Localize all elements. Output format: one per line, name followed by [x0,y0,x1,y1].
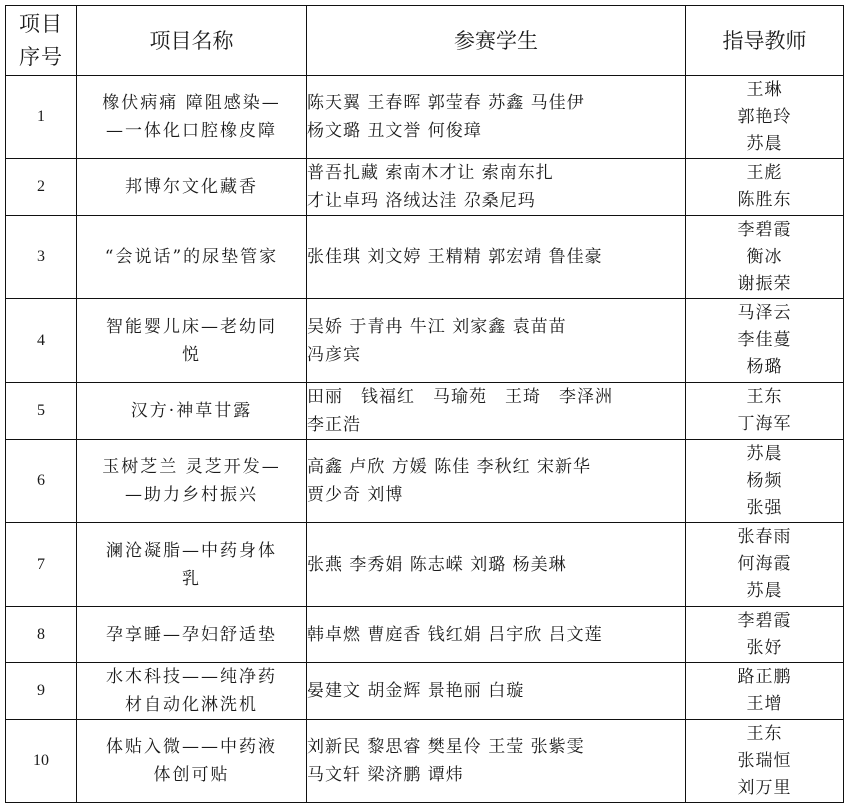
header-index-line-1: 项目 [6,8,76,41]
project-name-line: 悦 [77,341,306,369]
student-line: 冯彦宾 [307,341,685,369]
project-name-line: 水木科技——纯净药 [77,663,306,691]
student-list: 刘新民 黎思睿 樊星伶 王莹 张紫雯马文轩 梁济鹏 谭炜 [307,720,686,803]
advisor-name: 王琳 [686,77,843,104]
advisor-name: 王东 [686,384,843,411]
table-row: 2邦博尔文化藏香普吾扎藏 索南木才让 索南东扎才让卓玛 洛绒达洼 尕桑尼玛王彪陈… [6,159,844,216]
advisor-list: 李碧霞衡冰谢振荣 [686,216,844,299]
header-students: 参赛学生 [307,6,686,76]
table-row: 6玉树芝兰 灵芝开发——助力乡村振兴高鑫 卢欣 方媛 陈佳 李秋红 宋新华贾少奇… [6,440,844,523]
student-line: 张佳琪 刘文婷 王精精 郭宏靖 鲁佳豪 [307,243,685,271]
project-index: 2 [6,159,77,216]
project-index: 10 [6,720,77,803]
header-row: 项目 序号 项目名称 参赛学生 指导教师 [6,6,844,76]
advisor-name: 张春雨 [686,524,843,551]
project-name-line: “会说话”的尿垫管家 [77,243,306,271]
header-project-name: 项目名称 [77,6,307,76]
table-row: 10体贴入微——中药液体创可贴刘新民 黎思睿 樊星伶 王莹 张紫雯马文轩 梁济鹏… [6,720,844,803]
project-name: 橡伏病痛 障阻感染——一体化口腔橡皮障 [77,76,307,159]
project-name-line: 邦博尔文化藏香 [77,173,306,201]
advisor-name: 丁海军 [686,411,843,438]
advisor-name: 杨璐 [686,354,843,381]
student-line: 普吾扎藏 索南木才让 索南东扎 [307,159,685,187]
advisor-name: 郭艳玲 [686,104,843,131]
advisor-name: 衡冰 [686,244,843,271]
advisor-name: 李碧霞 [686,608,843,635]
table-row: 5汉方·神草甘露田丽 钱福红 马瑜苑 王琦 李泽洲李正浩王东丁海军 [6,383,844,440]
table-row: 8孕享睡—孕妇舒适垫韩卓燃 曹庭香 钱红娟 吕宇欣 吕文莲李碧霞张妤 [6,607,844,663]
project-name: 汉方·神草甘露 [77,383,307,440]
header-index: 项目 序号 [6,6,77,76]
project-name-line: 乳 [77,565,306,593]
project-name: 孕享睡—孕妇舒适垫 [77,607,307,663]
student-line: 吴娇 于青冉 牛江 刘家鑫 袁苗苗 [307,313,685,341]
student-line: 陈天翼 王春晖 郭莹春 苏鑫 马佳伊 [307,89,685,117]
project-name-line: 智能婴儿床—老幼同 [77,313,306,341]
project-index: 7 [6,523,77,607]
advisor-name: 苏晨 [686,578,843,605]
project-name-line: 澜沧凝脂—中药身体 [77,537,306,565]
student-list: 张燕 李秀娟 陈志嵘 刘璐 杨美琳 [307,523,686,607]
advisor-name: 张妤 [686,635,843,662]
student-list: 普吾扎藏 索南木才让 索南东扎才让卓玛 洛绒达洼 尕桑尼玛 [307,159,686,216]
advisor-name: 谢振荣 [686,271,843,298]
student-line: 高鑫 卢欣 方媛 陈佳 李秋红 宋新华 [307,453,685,481]
advisor-list: 王东张瑞恒刘万里 [686,720,844,803]
advisor-name: 刘万里 [686,775,843,802]
advisor-name: 陈胜东 [686,187,843,214]
advisor-name: 李碧霞 [686,217,843,244]
student-line: 李正浩 [307,411,685,439]
project-index: 8 [6,607,77,663]
advisor-name: 张强 [686,495,843,522]
student-line: 韩卓燃 曹庭香 钱红娟 吕宇欣 吕文莲 [307,621,685,649]
advisor-name: 马泽云 [686,300,843,327]
advisor-name: 苏晨 [686,441,843,468]
project-name-line: —一体化口腔橡皮障 [77,117,306,145]
project-table: 项目 序号 项目名称 参赛学生 指导教师 1橡伏病痛 障阻感染——一体化口腔橡皮… [5,5,844,803]
advisor-name: 何海霞 [686,551,843,578]
project-name-line: 玉树芝兰 灵芝开发— [77,453,306,481]
student-list: 韩卓燃 曹庭香 钱红娟 吕宇欣 吕文莲 [307,607,686,663]
advisor-list: 路正鹏王增 [686,663,844,720]
project-name: 体贴入微——中药液体创可贴 [77,720,307,803]
student-line: 马文轩 梁济鹏 谭炜 [307,761,685,789]
project-name: 邦博尔文化藏香 [77,159,307,216]
project-index: 9 [6,663,77,720]
advisor-list: 李碧霞张妤 [686,607,844,663]
header-index-line-2: 序号 [6,41,76,74]
advisor-name: 王东 [686,721,843,748]
student-list: 田丽 钱福红 马瑜苑 王琦 李泽洲李正浩 [307,383,686,440]
project-name-line: 体创可贴 [77,761,306,789]
project-name: 澜沧凝脂—中药身体乳 [77,523,307,607]
advisor-list: 王琳郭艳玲苏晨 [686,76,844,159]
project-name-line: 橡伏病痛 障阻感染— [77,89,306,117]
student-line: 田丽 钱福红 马瑜苑 王琦 李泽洲 [307,383,685,411]
student-line: 贾少奇 刘博 [307,481,685,509]
header-advisors: 指导教师 [686,6,844,76]
advisor-list: 王彪陈胜东 [686,159,844,216]
student-list: 高鑫 卢欣 方媛 陈佳 李秋红 宋新华贾少奇 刘博 [307,440,686,523]
project-index: 3 [6,216,77,299]
table-row: 7澜沧凝脂—中药身体乳张燕 李秀娟 陈志嵘 刘璐 杨美琳张春雨何海霞苏晨 [6,523,844,607]
student-list: 晏建文 胡金辉 景艳丽 白璇 [307,663,686,720]
project-name-line: —助力乡村振兴 [77,481,306,509]
table-row: 9水木科技——纯净药材自动化淋洗机晏建文 胡金辉 景艳丽 白璇路正鹏王增 [6,663,844,720]
project-index: 6 [6,440,77,523]
advisor-list: 马泽云李佳蔓杨璐 [686,299,844,383]
project-name: 玉树芝兰 灵芝开发——助力乡村振兴 [77,440,307,523]
advisor-name: 苏晨 [686,131,843,158]
project-name-line: 材自动化淋洗机 [77,691,306,719]
project-index: 1 [6,76,77,159]
advisor-list: 苏晨杨频张强 [686,440,844,523]
student-line: 杨文璐 丑文誉 何俊璋 [307,117,685,145]
student-list: 张佳琪 刘文婷 王精精 郭宏靖 鲁佳豪 [307,216,686,299]
project-name: 水木科技——纯净药材自动化淋洗机 [77,663,307,720]
advisor-name: 杨频 [686,468,843,495]
advisor-name: 路正鹏 [686,664,843,691]
student-list: 陈天翼 王春晖 郭莹春 苏鑫 马佳伊杨文璐 丑文誉 何俊璋 [307,76,686,159]
project-index: 4 [6,299,77,383]
advisor-list: 王东丁海军 [686,383,844,440]
project-name-line: 孕享睡—孕妇舒适垫 [77,621,306,649]
advisor-name: 李佳蔓 [686,327,843,354]
table-row: 4智能婴儿床—老幼同悦吴娇 于青冉 牛江 刘家鑫 袁苗苗冯彦宾马泽云李佳蔓杨璐 [6,299,844,383]
advisor-name: 王彪 [686,160,843,187]
table-row: 3“会说话”的尿垫管家张佳琪 刘文婷 王精精 郭宏靖 鲁佳豪李碧霞衡冰谢振荣 [6,216,844,299]
advisor-list: 张春雨何海霞苏晨 [686,523,844,607]
student-line: 才让卓玛 洛绒达洼 尕桑尼玛 [307,187,685,215]
table-row: 1橡伏病痛 障阻感染——一体化口腔橡皮障陈天翼 王春晖 郭莹春 苏鑫 马佳伊杨文… [6,76,844,159]
project-name-line: 汉方·神草甘露 [77,397,306,425]
project-name: 智能婴儿床—老幼同悦 [77,299,307,383]
student-line: 刘新民 黎思睿 樊星伶 王莹 张紫雯 [307,733,685,761]
student-list: 吴娇 于青冉 牛江 刘家鑫 袁苗苗冯彦宾 [307,299,686,383]
advisor-name: 张瑞恒 [686,748,843,775]
project-name: “会说话”的尿垫管家 [77,216,307,299]
student-line: 晏建文 胡金辉 景艳丽 白璇 [307,677,685,705]
project-index: 5 [6,383,77,440]
student-line: 张燕 李秀娟 陈志嵘 刘璐 杨美琳 [307,551,685,579]
project-name-line: 体贴入微——中药液 [77,733,306,761]
advisor-name: 王增 [686,691,843,718]
